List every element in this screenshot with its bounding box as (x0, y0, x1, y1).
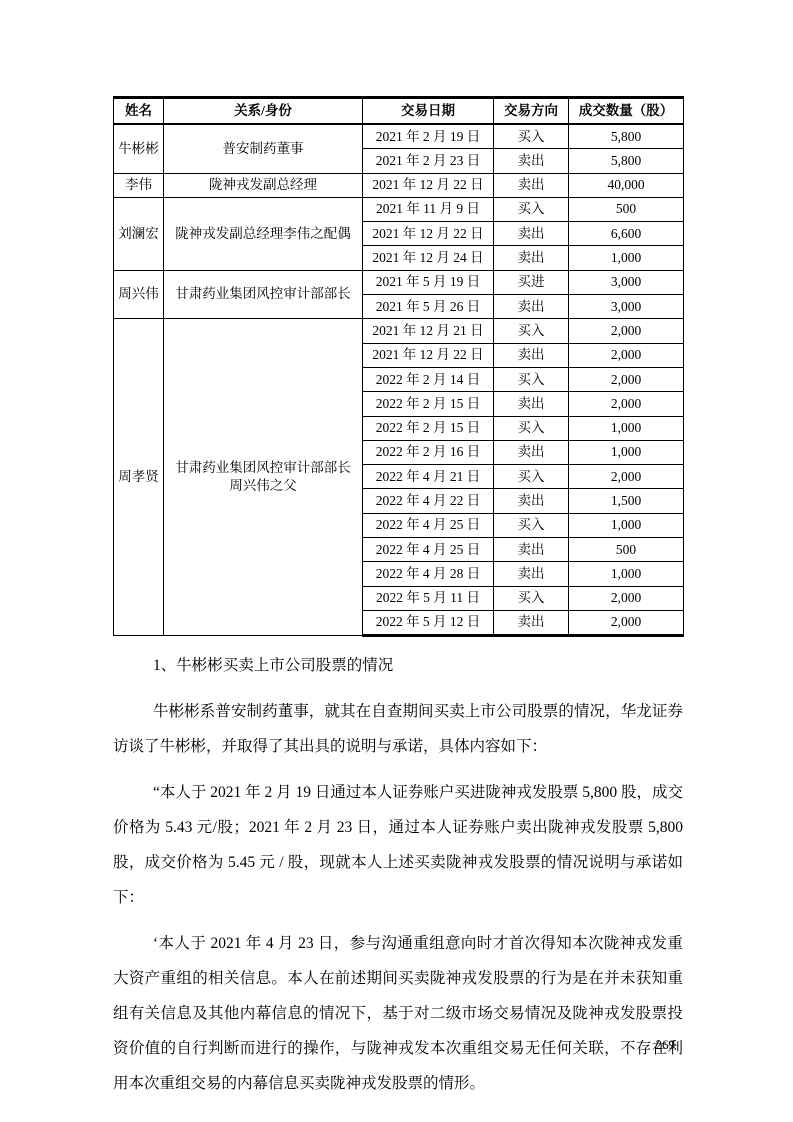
cell-trade-quantity: 500 (569, 197, 684, 221)
column-header: 交易日期 (363, 98, 494, 125)
cell-trade-direction: 买入 (494, 465, 569, 489)
document-page: 姓名关系/身份交易日期交易方向成交数量（股） 牛彬彬普安制药董事2021 年 2… (0, 0, 793, 1122)
cell-trade-quantity: 3,000 (569, 270, 684, 294)
paragraph-statement-1: “本人于 2021 年 2 月 19 日通过本人证券账户买进陇神戎发股票 5,8… (113, 775, 683, 915)
cell-identity: 甘肃药业集团风控审计部部长周兴伟之父 (164, 319, 363, 636)
cell-trade-quantity: 2,000 (569, 343, 684, 367)
trades-table-body: 牛彬彬普安制药董事2021 年 2 月 19 日买入5,8002021 年 2 … (114, 124, 684, 636)
page-content: 姓名关系/身份交易日期交易方向成交数量（股） 牛彬彬普安制药董事2021 年 2… (113, 96, 683, 1101)
cell-trade-date: 2021 年 12 月 22 日 (363, 343, 494, 367)
cell-person-name: 李伟 (114, 173, 164, 197)
paragraph-statement-2: ‘本人于 2021 年 4 月 23 日，参与沟通重组意向时才首次得知本次陇神戎… (113, 926, 683, 1101)
cell-trade-quantity: 2,000 (569, 465, 684, 489)
cell-trade-quantity: 1,000 (569, 416, 684, 440)
cell-identity: 陇神戎发副总经理 (164, 173, 363, 197)
cell-trade-direction: 买入 (494, 416, 569, 440)
cell-person-name: 周兴伟 (114, 270, 164, 319)
cell-trade-direction: 买入 (494, 367, 569, 391)
page-number: 269 (113, 1036, 675, 1054)
cell-trade-date: 2021 年 12 月 21 日 (363, 319, 494, 343)
cell-trade-quantity: 1,000 (569, 513, 684, 537)
column-header: 姓名 (114, 98, 164, 125)
cell-trade-date: 2022 年 2 月 14 日 (363, 367, 494, 391)
cell-trade-date: 2021 年 12 月 22 日 (363, 173, 494, 197)
cell-trade-date: 2022 年 4 月 22 日 (363, 489, 494, 513)
cell-trade-quantity: 1,000 (569, 246, 684, 270)
cell-trade-direction: 买入 (494, 319, 569, 343)
cell-trade-date: 2022 年 5 月 12 日 (363, 610, 494, 635)
cell-trade-quantity: 2,000 (569, 392, 684, 416)
table-row: 刘澜宏陇神戎发副总经理李伟之配偶2021 年 11 月 9 日买入500 (114, 197, 684, 221)
cell-trade-quantity: 1,000 (569, 440, 684, 464)
cell-trade-date: 2021 年 2 月 23 日 (363, 149, 494, 173)
cell-trade-direction: 卖出 (494, 222, 569, 246)
paragraph-intro: 牛彬彬系普安制药董事，就其在自查期间买卖上市公司股票的情况，华龙证券访谈了牛彬彬… (113, 694, 683, 764)
cell-trade-date: 2021 年 5 月 26 日 (363, 295, 494, 319)
cell-trade-direction: 卖出 (494, 173, 569, 197)
cell-trade-quantity: 500 (569, 538, 684, 562)
table-header-row: 姓名关系/身份交易日期交易方向成交数量（股） (114, 98, 684, 125)
cell-trade-date: 2021 年 12 月 22 日 (363, 222, 494, 246)
cell-trade-quantity: 5,800 (569, 149, 684, 173)
cell-trade-quantity: 2,000 (569, 610, 684, 635)
cell-trade-quantity: 40,000 (569, 173, 684, 197)
cell-trade-quantity: 5,800 (569, 124, 684, 149)
column-header: 交易方向 (494, 98, 569, 125)
section-heading: 1、牛彬彬买卖上市公司股票的情况 (113, 648, 683, 683)
cell-trade-direction: 卖出 (494, 489, 569, 513)
cell-trade-quantity: 6,600 (569, 222, 684, 246)
table-row: 周兴伟甘肃药业集团风控审计部部长2021 年 5 月 19 日买进3,000 (114, 270, 684, 294)
cell-trade-date: 2022 年 4 月 28 日 (363, 562, 494, 586)
cell-trade-quantity: 2,000 (569, 586, 684, 610)
cell-identity: 陇神戎发副总经理李伟之配偶 (164, 197, 363, 270)
cell-trade-date: 2021 年 11 月 9 日 (363, 197, 494, 221)
cell-trade-direction: 卖出 (494, 538, 569, 562)
cell-trade-quantity: 1,000 (569, 562, 684, 586)
trades-table-header: 姓名关系/身份交易日期交易方向成交数量（股） (114, 98, 684, 125)
cell-trade-quantity: 3,000 (569, 295, 684, 319)
cell-trade-direction: 卖出 (494, 610, 569, 635)
table-row: 牛彬彬普安制药董事2021 年 2 月 19 日买入5,800 (114, 124, 684, 149)
cell-trade-date: 2022 年 4 月 25 日 (363, 538, 494, 562)
cell-trade-direction: 买入 (494, 513, 569, 537)
cell-trade-quantity: 2,000 (569, 367, 684, 391)
cell-trade-direction: 卖出 (494, 343, 569, 367)
cell-trade-direction: 卖出 (494, 149, 569, 173)
cell-trade-date: 2022 年 4 月 25 日 (363, 513, 494, 537)
cell-trade-direction: 卖出 (494, 246, 569, 270)
cell-trade-date: 2022 年 5 月 11 日 (363, 586, 494, 610)
column-header: 关系/身份 (164, 98, 363, 125)
cell-trade-date: 2021 年 2 月 19 日 (363, 124, 494, 149)
cell-trade-direction: 卖出 (494, 392, 569, 416)
column-header: 成交数量（股） (569, 98, 684, 125)
cell-person-name: 刘澜宏 (114, 197, 164, 270)
cell-person-name: 牛彬彬 (114, 124, 164, 173)
cell-trade-direction: 卖出 (494, 440, 569, 464)
cell-identity: 甘肃药业集团风控审计部部长 (164, 270, 363, 319)
cell-trade-date: 2022 年 4 月 21 日 (363, 465, 494, 489)
body-text: 1、牛彬彬买卖上市公司股票的情况 牛彬彬系普安制药董事，就其在自查期间买卖上市公… (113, 648, 683, 1101)
cell-trade-direction: 卖出 (494, 295, 569, 319)
trades-table: 姓名关系/身份交易日期交易方向成交数量（股） 牛彬彬普安制药董事2021 年 2… (113, 96, 684, 637)
cell-trade-date: 2021 年 5 月 19 日 (363, 270, 494, 294)
cell-trade-direction: 卖出 (494, 562, 569, 586)
cell-trade-date: 2022 年 2 月 16 日 (363, 440, 494, 464)
table-row: 周孝贤甘肃药业集团风控审计部部长周兴伟之父2021 年 12 月 21 日买入2… (114, 319, 684, 343)
cell-trade-quantity: 1,500 (569, 489, 684, 513)
cell-trade-date: 2022 年 2 月 15 日 (363, 416, 494, 440)
cell-trade-quantity: 2,000 (569, 319, 684, 343)
cell-trade-direction: 买进 (494, 270, 569, 294)
table-row: 李伟陇神戎发副总经理2021 年 12 月 22 日卖出40,000 (114, 173, 684, 197)
cell-identity: 普安制药董事 (164, 124, 363, 173)
cell-trade-direction: 买入 (494, 197, 569, 221)
cell-trade-date: 2021 年 12 月 24 日 (363, 246, 494, 270)
cell-trade-date: 2022 年 2 月 15 日 (363, 392, 494, 416)
cell-trade-direction: 买入 (494, 586, 569, 610)
cell-trade-direction: 买入 (494, 124, 569, 149)
cell-person-name: 周孝贤 (114, 319, 164, 636)
